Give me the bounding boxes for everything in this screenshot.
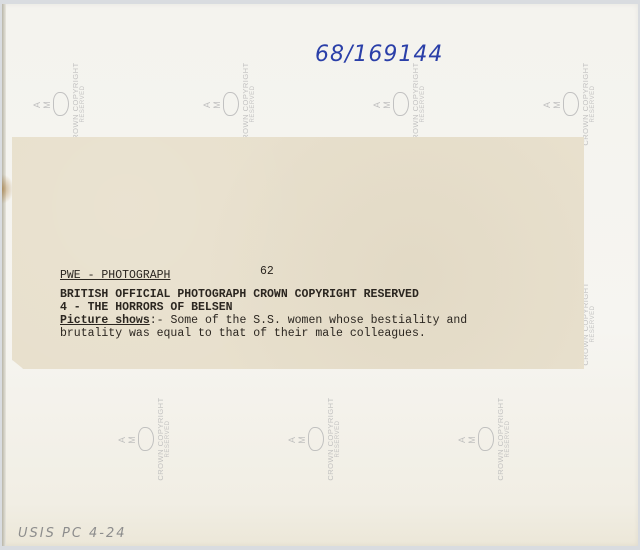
watermark-letters: A M [32,54,52,126]
picture-shows-separator: :- [150,314,171,327]
watermark-line2: RESERVED [590,274,596,374]
watermark-stamp: A M CROWN COPYRIGHT RESERVED [287,389,347,489]
crown-icon [223,92,239,116]
caption-slip: PWE - PHOTOGRAPH 62 BRITISH OFFICIAL PHO… [12,137,584,369]
caption-header: PWE - PHOTOGRAPH [60,269,170,282]
crown-icon [138,427,154,451]
crown-icon [563,92,579,116]
watermark-line2: RESERVED [165,389,171,489]
caption-line-2: 4 - THE HORRORS OF BELSEN [60,301,233,314]
photo-back: A M CROWN COPYRIGHT RESERVED A M CROWN C… [2,4,638,546]
watermark-letters: A M [457,389,477,461]
caption-line-1: BRITISH OFFICIAL PHOTOGRAPH CROWN COPYRI… [60,288,419,301]
paper-edge [2,4,6,546]
caption-line-3: Picture shows:- Some of the S.S. women w… [60,314,467,327]
crown-icon [478,427,494,451]
crown-icon [393,92,409,116]
watermark-letters: A M [287,389,307,461]
crown-icon [308,427,324,451]
watermark-line1: CROWN COPYRIGHT [496,389,505,489]
caption-number: 62 [260,265,274,278]
caption-line-3-text: Some of the S.S. women whose bestiality … [170,314,467,327]
watermark-line1: CROWN COPYRIGHT [156,389,165,489]
watermark-line2: RESERVED [590,54,596,154]
picture-shows-label: Picture shows [60,314,150,327]
watermark-stamp: A M CROWN COPYRIGHT RESERVED [457,389,517,489]
watermark-line1: CROWN COPYRIGHT [326,389,335,489]
handwritten-reference-number: 68/169144 [315,42,443,67]
caption-line-4: brutality was equal to that of their mal… [60,327,426,340]
pencil-annotation: USIS PC 4-24 [18,526,127,541]
watermark-letters: A M [202,54,222,126]
watermark-letters: A M [117,389,137,461]
watermark-stamp: A M CROWN COPYRIGHT RESERVED [117,389,177,489]
watermark-line2: RESERVED [505,389,511,489]
watermark-letters: A M [542,54,562,126]
crown-icon [53,92,69,116]
watermark-line2: RESERVED [335,389,341,489]
